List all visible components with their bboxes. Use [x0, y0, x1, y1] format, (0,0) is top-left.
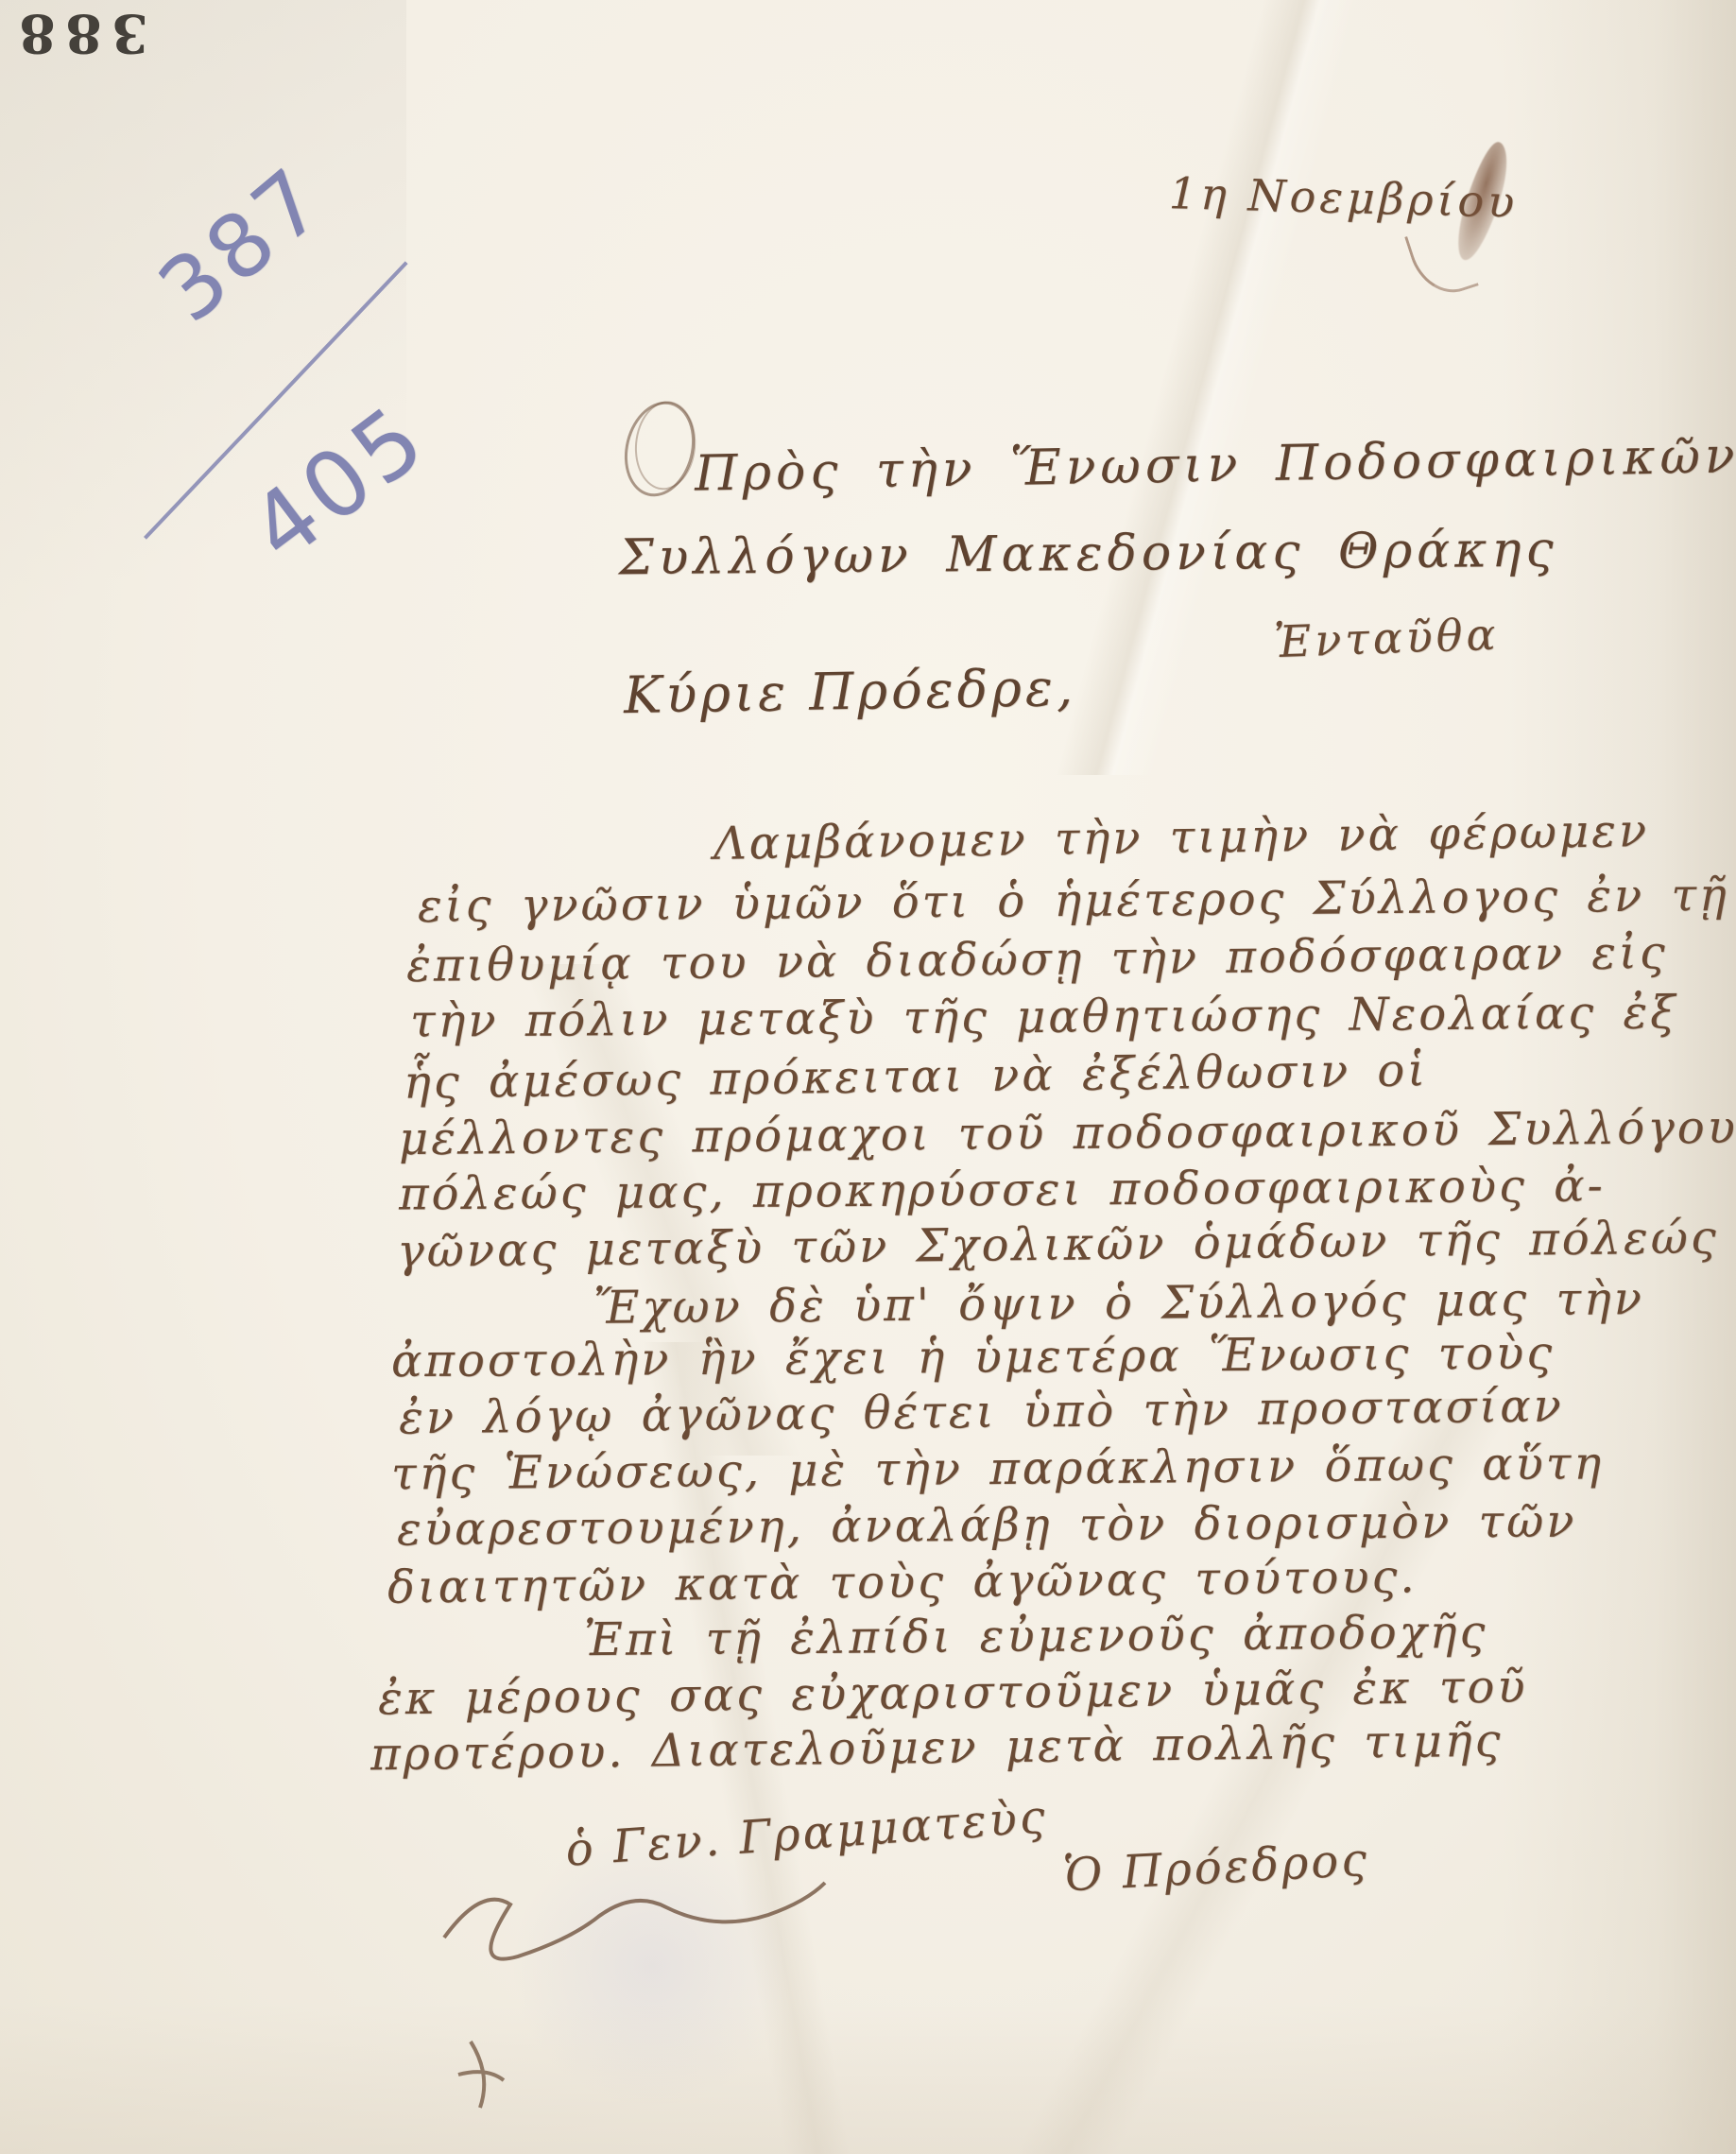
body-line: ἀποστολὴν ἣν ἔχει ἡ ὑμετέρα Ἕνωσις τοὺς — [391, 1327, 1556, 1388]
body-line: Ἐπὶ τῇ ἐλπίδι εὐμενοῦς ἀποδοχῆς — [584, 1606, 1488, 1666]
body-line: ἐπιθυμίᾳ του νὰ διαδώσῃ τὴν ποδόσφαιραν … — [406, 926, 1668, 992]
signature-president-title: Ὁ Πρόεδρος — [1062, 1834, 1371, 1903]
paper-shading — [0, 2004, 1736, 2154]
pencil-number-bottom: 405 — [232, 384, 447, 583]
scanned-letter-page: 388 387 405 1η Νοεμβρίου Πρὸς τὴν Ἕνωσιν… — [0, 0, 1736, 2154]
body-line: ἧς ἀμέσως πρόκειται νὰ ἐξέλθωσιν οἱ — [404, 1043, 1429, 1109]
body-line: προτέρου. Διατελοῦμεν μετὰ πολλῆς τιμῆς — [370, 1715, 1504, 1782]
signature-secretary-title: ὁ Γεν. Γραμματεὺς — [564, 1790, 1050, 1877]
circle-doodle — [615, 394, 705, 504]
pencil-number-top: 387 — [140, 146, 345, 341]
salutation: Κύριε Πρόεδρε, — [623, 658, 1076, 725]
address-line-1: Πρὸς τὴν Ἕνωσιν Ποδοσφαιρικῶν — [695, 427, 1736, 502]
ink-blot-tail — [1404, 220, 1479, 303]
body-line: τὴν πόλιν μεταξὺ τῆς μαθητιώσης Νεολαίας… — [410, 986, 1678, 1047]
body-line: διαιτητῶν κατὰ τοὺς ἀγῶνας τούτους. — [387, 1550, 1418, 1613]
body-line: πόλεώς μας, προκηρύσσει ποδοσφαιρικοὺς ἀ… — [399, 1160, 1606, 1221]
address-line-2: Συλλόγων Μακεδονίας Θράκης — [619, 522, 1558, 587]
body-line: ἐν λόγῳ ἀγῶνας θέτει ὑπὸ τὴν προστασίαν — [399, 1380, 1564, 1445]
body-line: Λαμβάνομεν τὴν τιμὴν νὰ φέρωμεν — [713, 804, 1650, 870]
body-line: τῆς Ἑνώσεως, μὲ τὴν παράκλησιν ὅπως αὕτη — [391, 1437, 1605, 1500]
archival-stamp-number: 388 — [9, 2, 148, 64]
body-line: μέλλοντες πρόμαχοι τοῦ ποδοσφαιρικοῦ Συλ… — [399, 1101, 1736, 1165]
body-line: γῶνας μεταξὺ τῶν Σχολικῶν ὁμάδων τῆς πόλ… — [397, 1210, 1736, 1278]
paper-crease — [1503, 0, 1736, 2154]
body-line: Ἔχων δὲ ὑπ' ὄψιν ὁ Σύλλογός μας τὴν — [593, 1272, 1644, 1335]
body-line: εὐαρεστουμένη, ἀναλάβῃ τὸν διορισμὸν τῶν — [397, 1495, 1577, 1557]
body-line: εἰς γνῶσιν ὑμῶν ὅτι ὁ ἡμέτερος Σύλλογος … — [418, 869, 1729, 933]
location-line: Ἐνταῦθα — [1273, 609, 1500, 667]
letter-date: 1η Νοεμβρίου — [1168, 167, 1519, 228]
